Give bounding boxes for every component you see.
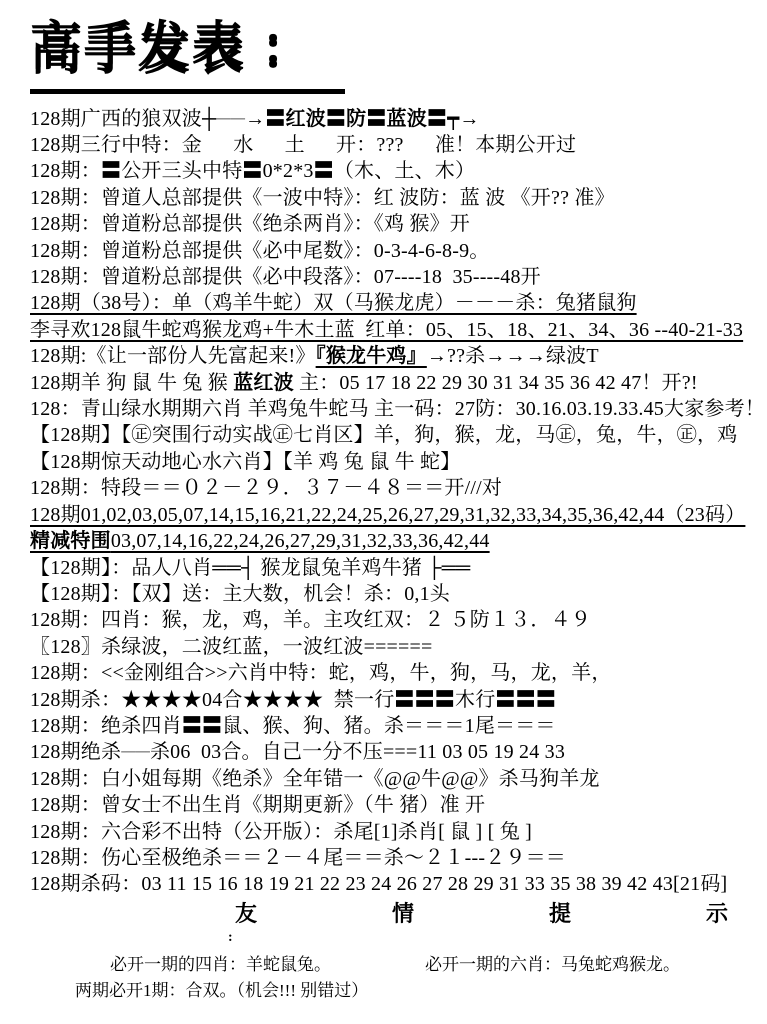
line-segment: 128期：曾道粉总部提供《必中尾数》：0-3-4-6-8-9。: [30, 240, 490, 262]
footer-four-xiao: 必开一期的四肖：羊蛇鼠兔。: [110, 952, 425, 978]
line-segment: 128期01,02,03,05,07,14,15,16,21,22,24,25,…: [30, 504, 745, 526]
content-line: 128期:《让一部份人先富起来!》『猴龙牛鸡』→??杀→→→绿波T: [30, 343, 767, 369]
content-line: 128期广西的狼双波┼──→〓红波〓防〓蓝波〓┯→: [30, 106, 767, 132]
line-segment: 128期三行中特：金 水 土 开：??? 准！本期公开过: [30, 134, 576, 156]
line-segment: 128期广西的狼双波┼: [30, 108, 216, 130]
line-segment: 〖128〗杀绿波，二波红蓝，一波红波======: [30, 636, 432, 658]
content-line: 128期（38号）：单（鸡羊牛蛇）双（马猴龙虎）－－－杀：兔猪鼠狗: [30, 290, 767, 316]
content-line: 128期01,02,03,05,07,14,15,16,21,22,24,25,…: [30, 502, 767, 528]
line-segment: 128期：曾道粉总部提供《绝杀两肖》：《鸡 猴》开: [30, 213, 470, 235]
content-line: 128期杀码：03 11 15 16 18 19 21 22 23 24 26 …: [30, 871, 767, 897]
content-line: 【128期】：【双】送：主大数，机会！杀：0,1头: [30, 581, 767, 607]
content-line: 128期：曾道粉总部提供《绝杀两肖》：《鸡 猴》开: [30, 211, 767, 237]
line-segment: 03,07,14,16,22,24,26,27,29,31,32,33,36,4…: [111, 530, 490, 552]
content-line: 精减特围03,07,14,16,22,24,26,27,29,31,32,33,…: [30, 528, 767, 554]
content-lines: 128期广西的狼双波┼──→〓红波〓防〓蓝波〓┯→128期三行中特：金 水 土 …: [30, 106, 767, 898]
line-segment: 〓〓: [182, 715, 222, 737]
line-segment: 公开三头中特: [121, 160, 242, 182]
content-line: 128期：六合彩不出特（公开版）：杀尾[1]杀肖[ 鼠 ] [ 兔 ]: [30, 819, 767, 845]
line-segment: 〓: [101, 160, 121, 182]
footer-two-period: 两期必开1期：合双。（机会!!! 别错过）: [75, 978, 767, 1004]
line-segment: 主：05 17 18 22 29 30 31 34 35 36 42 47！开?…: [294, 372, 698, 394]
line-segment: 128期：白小姐每期《绝杀》全年错一《@@牛@@》杀马狗羊龙: [30, 768, 600, 790]
line-segment: →: [245, 108, 265, 130]
content-line: 128期：曾女士不出生肖《期期更新》（牛 猪）准 开: [30, 792, 767, 818]
line-segment: 『猴龙牛鸡』: [316, 345, 427, 367]
line-segment: 精减特围: [30, 530, 111, 552]
content-line: 128期：〓公开三头中特〓0*2*3〓（木、土、木）: [30, 158, 767, 184]
line-segment: （木、土、木）: [334, 160, 475, 182]
line-segment: 【128期惊天动地心水六肖】【羊 鸡 兔 鼠 牛 蛇】: [30, 451, 460, 473]
line-segment: 128期羊 狗 鼠 牛 兔 猴: [30, 372, 233, 394]
line-segment: 〓: [314, 160, 334, 182]
content-line: 128期羊 狗 鼠 牛 兔 猴 蓝红波 主：05 17 18 22 29 30 …: [30, 370, 767, 396]
line-segment: 【128期】【㊣突围行动实战㊣七肖区】羊，狗，猴，龙，马㊣，兔，牛，㊣，鸡: [30, 424, 737, 446]
line-segment: 128期:《让一部份人先富起来!》: [30, 345, 316, 367]
line-segment: 128期（38号）：单（鸡羊牛蛇）双（马猴龙虎）－－－杀：兔猪鼠狗: [30, 292, 637, 314]
line-segment: 〓: [242, 160, 262, 182]
line-segment: ──: [216, 108, 245, 130]
line-segment: 128期：绝杀四肖: [30, 715, 182, 737]
line-segment: 128期：曾道人总部提供《一波中特》：红 波防：蓝 波 《开?? 准》: [30, 187, 615, 209]
line-segment: 128期：曾道粉总部提供《必中段落》：07----18 35----48开: [30, 266, 541, 288]
line-segment: 李寻欢128鼠牛蛇鸡猴龙鸡+牛木土蓝 红单：05、15、18、21、34、36 …: [30, 319, 743, 341]
content-line: 128期绝杀──杀06 03合。自己一分不压===11 03 05 19 24 …: [30, 739, 767, 765]
line-segment: 【128期】：品人八肖══┤ 猴龙鼠兔羊鸡牛猪 ├══: [30, 557, 470, 579]
content-line: 【128期惊天动地心水六肖】【羊 鸡 兔 鼠 牛 蛇】: [30, 449, 767, 475]
content-line: 128期：曾道粉总部提供《必中尾数》：0-3-4-6-8-9。: [30, 238, 767, 264]
line-segment: 128期：: [30, 160, 101, 182]
footer-line-1: 必开一期的四肖：羊蛇鼠兔。 必开一期的六肖：马兔蛇鸡猴龙。: [30, 952, 767, 978]
content-line: 【128期】：品人八肖══┤ 猴龙鼠兔羊鸡牛猪 ├══: [30, 555, 767, 581]
content-line: 【128期】【㊣突围行动实战㊣七肖区】羊，狗，猴，龙，马㊣，兔，牛，㊣，鸡: [30, 422, 767, 448]
line-segment: 128期：六合彩不出特（公开版）：杀尾[1]杀肖[ 鼠 ] [ 兔 ]: [30, 821, 532, 843]
footer-notes: 必开一期的四肖：羊蛇鼠兔。 必开一期的六肖：马兔蛇鸡猴龙。 两期必开1期：合双。…: [30, 952, 767, 1004]
line-segment: 木行: [455, 689, 495, 711]
content-line: 128期：伤心至极绝杀＝＝２－４尾＝＝杀～２１---２９＝＝: [30, 845, 767, 871]
content-line: 128期：四肖：猴，龙，鸡，羊。主攻红双：２ ５防１３．４９: [30, 607, 767, 633]
footer-six-xiao: 必开一期的六肖：马兔蛇鸡猴龙。: [425, 952, 680, 978]
content-line: 128期：绝杀四肖〓〓鼠、猴、狗、猪。杀＝＝＝1尾＝＝＝: [30, 713, 767, 739]
tip-sheet-page: 高手发表 ： 128期广西的狼双波┼──→〓红波〓防〓蓝波〓┯→128期三行中特…: [0, 0, 767, 1024]
page-title: 高手发表 ：: [30, 26, 345, 94]
line-segment: 蓝红波: [233, 372, 294, 394]
content-line: 128期：<<金刚组合>>六肖中特：蛇，鸡，牛，狗，马，龙，羊，: [30, 660, 767, 686]
content-line: 128：青山绿水期期六肖 羊鸡兔牛蛇马 主一码：27防：30.16.03.19.…: [30, 396, 767, 422]
content-line: 128期：曾道人总部提供《一波中特》：红 波防：蓝 波 《开?? 准》: [30, 185, 767, 211]
line-segment: 〓〓〓: [394, 689, 455, 711]
line-segment: 128期：<<金刚组合>>六肖中特：蛇，鸡，牛，狗，马，龙，羊，: [30, 662, 612, 684]
line-segment: 128：青山绿水期期六肖 羊鸡兔牛蛇马 主一码：27防：30.16.03.19.…: [30, 398, 765, 420]
line-segment: 128期：四肖：猴，龙，鸡，羊。主攻红双：２ ５防１３．４９: [30, 609, 591, 631]
content-line: 128期三行中特：金 水 土 开：??? 准！本期公开过: [30, 132, 767, 158]
line-segment: 128期绝杀: [30, 741, 121, 763]
friendly-notice: 友情提示: [235, 900, 767, 928]
content-line: 128期：特段＝＝０２－２９．３７－４８＝＝开///对: [30, 475, 767, 501]
content-line: 〖128〗杀绿波，二波红蓝，一波红波======: [30, 634, 767, 660]
line-segment: ──: [121, 741, 150, 763]
line-segment: 128期杀码：03 11 15 16 18 19 21 22 23 24 26 …: [30, 873, 727, 895]
content-line: 128期杀：★★★★04合★★★★ 禁一行〓〓〓木行〓〓〓: [30, 687, 767, 713]
line-segment: 〓〓〓: [495, 689, 556, 711]
line-segment: 〓红波〓防〓蓝波〓┯→: [265, 108, 479, 130]
content-line: 128期：曾道粉总部提供《必中段落》：07----18 35----48开: [30, 264, 767, 290]
line-segment: 杀06 03合。自己一分不压===11 03 05 19 24 33: [150, 741, 565, 763]
line-segment: →??杀→→→绿波T: [427, 345, 599, 367]
content-line: 128期：白小姐每期《绝杀》全年错一《@@牛@@》杀马狗羊龙: [30, 766, 767, 792]
line-segment: 128期：特段＝＝０２－２９．３７－４８＝＝开///对: [30, 477, 502, 499]
line-segment: 鼠、猴、狗、猪。杀＝＝＝1尾＝＝＝: [222, 715, 555, 737]
line-segment: 【128期】：【双】送：主大数，机会！杀：0,1头: [30, 583, 450, 605]
notice-colon: :: [228, 930, 233, 946]
content-line: 李寻欢128鼠牛蛇鸡猴龙鸡+牛木土蓝 红单：05、15、18、21、34、36 …: [30, 317, 767, 343]
line-segment: 128期：伤心至极绝杀＝＝２－４尾＝＝杀～２１---２９＝＝: [30, 847, 566, 869]
line-segment: 128期杀：★★★★04合★★★★ 禁一行: [30, 689, 394, 711]
line-segment: 0*2*3: [263, 160, 314, 182]
line-segment: 128期：曾女士不出生肖《期期更新》（牛 猪）准 开: [30, 794, 485, 816]
